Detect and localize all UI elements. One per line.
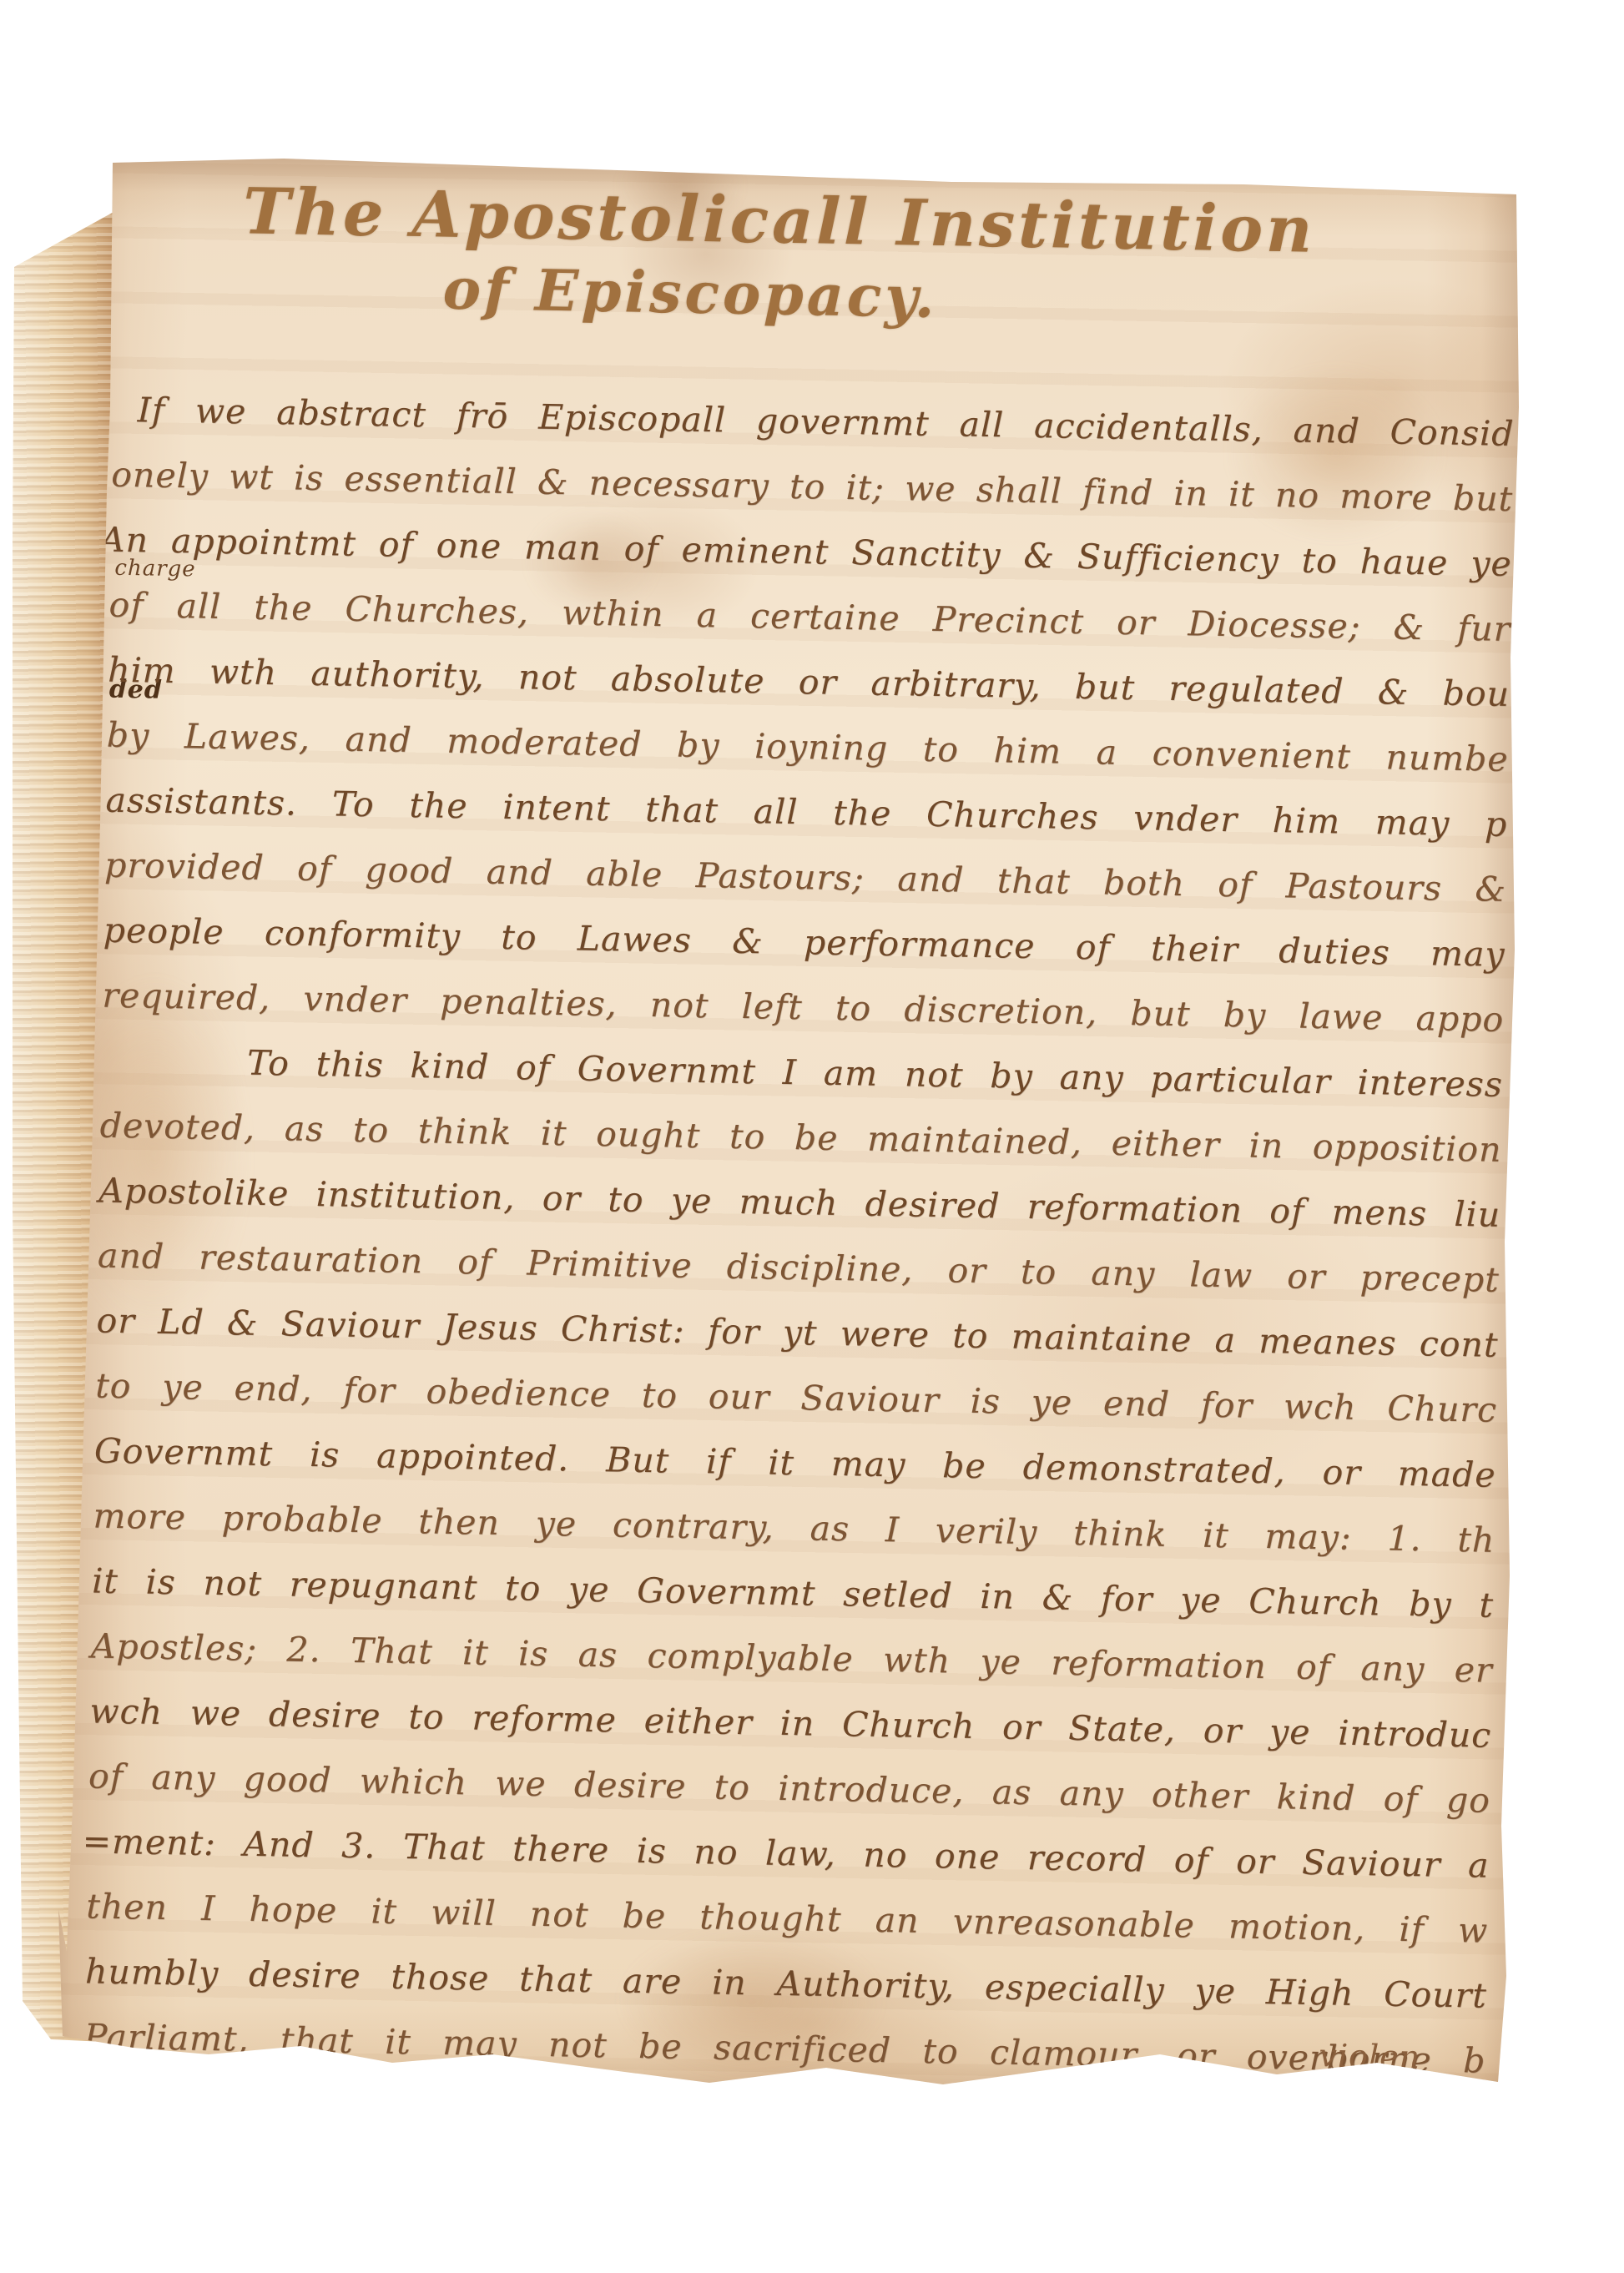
photo-background: The Apostolicall Institution of Episcopa… — [0, 0, 1624, 2273]
handwriting-layer: The Apostolicall Institution of Episcopa… — [0, 157, 1527, 2127]
catchword: violen — [1319, 2037, 1486, 2076]
manuscript-page: The Apostolicall Institution of Episcopa… — [33, 157, 1527, 2101]
manuscript-body: If we abstract frō Episcopall governmt a… — [83, 377, 1515, 2094]
